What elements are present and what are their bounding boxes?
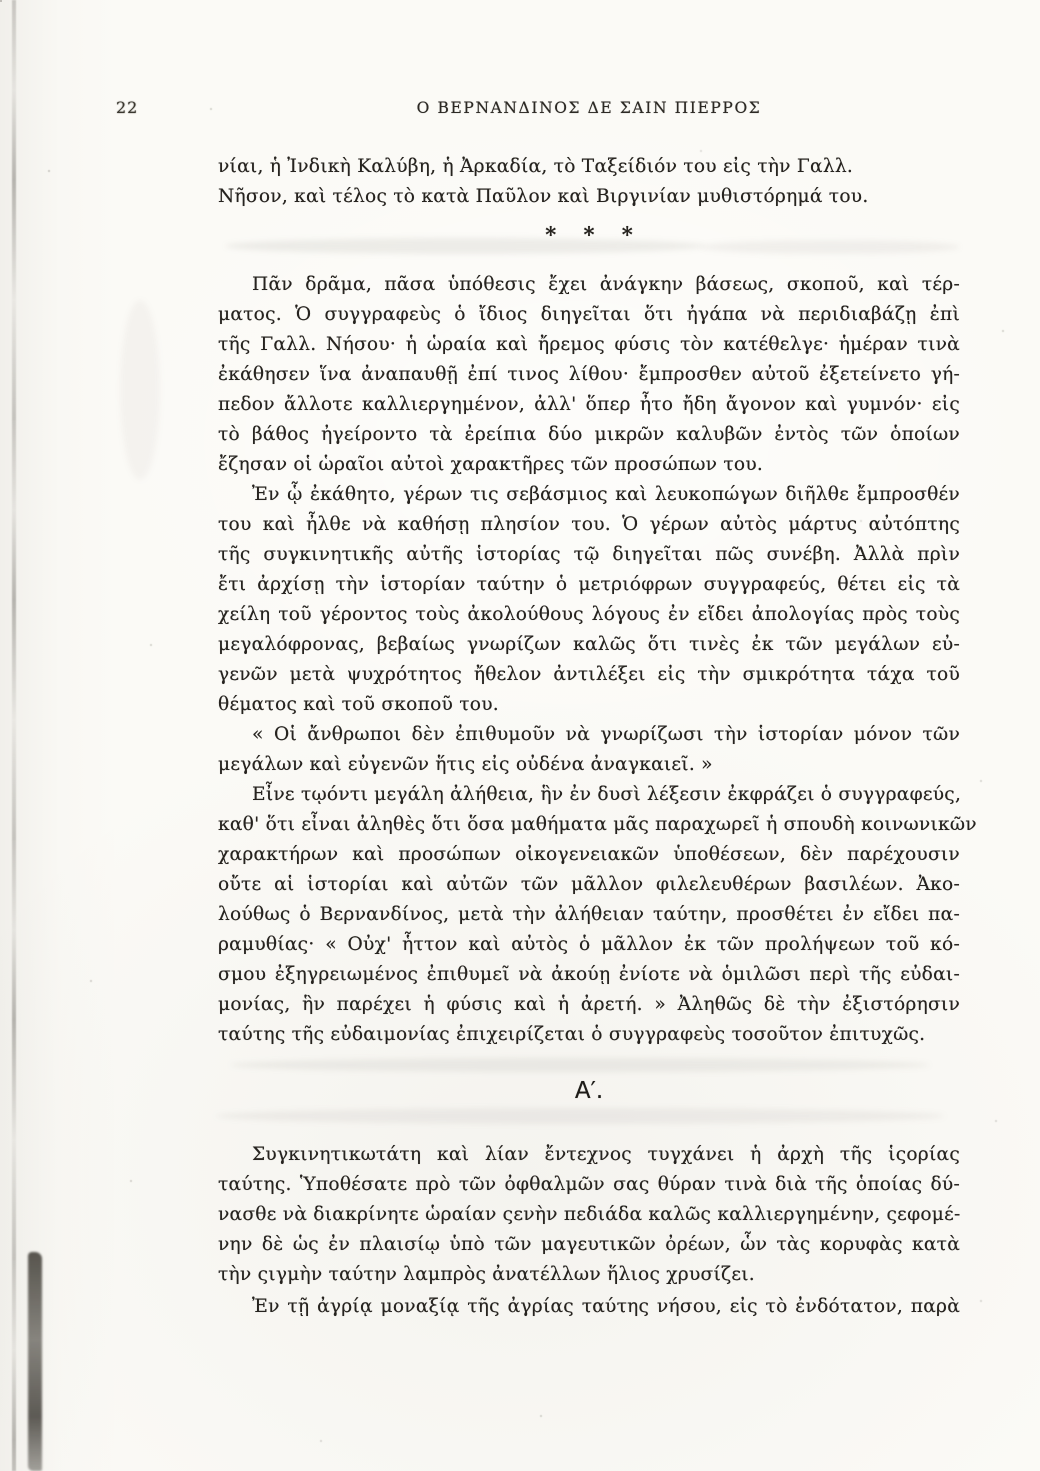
text-line: τὸ βάθος ἠγείροντο τὰ ἐρείπια δύο μικρῶν…: [218, 420, 960, 450]
print-smudge: [230, 1058, 930, 1072]
text-line: σμου ἐξηγρειωμένος ἐπιθυμεῖ νὰ ἀκούῃ ἐνί…: [218, 960, 960, 990]
text-line: μεγάλων καὶ εὐγενῶν ἥτις εἰς οὐδένα ἀναγ…: [218, 750, 960, 780]
text-line: ἔζησαν οἱ ὡραῖοι αὐτοὶ χαρακτῆρες τῶν πρ…: [218, 450, 960, 480]
text-line: πεδον ἄλλοτε καλλιεργημένον, ἀλλ' ὅπερ ἦ…: [218, 390, 960, 420]
text-line: θέματος καὶ τοῦ σκοποῦ του.: [218, 690, 960, 720]
paragraph: Εἶνε τῳόντι μεγάλη ἀλήθεια, ἣν ἐν δυσὶ λ…: [218, 780, 960, 1050]
ink-streak-artifact: [28, 1252, 42, 1471]
text-line: οὔτε αἱ ἱστορίαι καὶ αὐτῶν τῶν μᾶλλον φι…: [218, 870, 960, 900]
section-separator: * * *: [218, 222, 960, 252]
text-line: τῆς Γαλλ. Νήσου· ἡ ὡραία καὶ ἤρεμος φύσι…: [218, 330, 960, 360]
text-line: ταύτης τῆς εὐδαιμονίας ἐπιχειρίζεται ὁ σ…: [218, 1020, 960, 1050]
text-line: Ἐν ᾧ ἐκάθητο, γέρων τις σεβάσμιος καὶ λε…: [218, 480, 960, 510]
text-line: χαρακτήρων καὶ προσώπων οἰκογενειακῶν ὑπ…: [218, 840, 960, 870]
quote-paragraph: « Οἱ ἄνθρωποι δὲν ἐπιθυμοῦν νὰ γνωρίζωσι…: [218, 720, 960, 780]
running-title: Ο ΒΕΡΝΑΝΔΙΝΟΣ ΔΕ ΣΑΙΝ ΠΙΕΡΡΟΣ: [218, 99, 960, 117]
scan-edge-artifact: [12, 0, 16, 1471]
text-line: νην δὲ ὡς ἐν πλαισίῳ ὑπὸ τῶν μαγευτικῶν …: [218, 1230, 960, 1260]
text-line: Ἐν τῇ ἀγρίᾳ μοναξίᾳ τῆς ἀγρίας ταύτης νή…: [218, 1292, 960, 1322]
text-line: Νῆσον, καὶ τέλος τὸ κατὰ Παῦλον καὶ Βιργ…: [218, 182, 960, 212]
text-line: τὴν ςιγμὴν ταύτην λαμπρὸς ἀνατέλλων ἥλιο…: [218, 1260, 960, 1290]
section-heading: Α′.: [218, 1074, 960, 1108]
paragraph: Πᾶν δρᾶμα, πᾶσα ὑπόθεσις ἔχει ἀνάγκην βά…: [218, 270, 960, 480]
paragraph-continuation: νίαι, ἡ Ἰνδικὴ Καλύβη, ἡ Ἀρκαδία, τὸ Ταξ…: [218, 152, 960, 212]
print-smudge: [215, 1108, 945, 1124]
text-line: ἔτι ἀρχίσῃ τὴν ἱστορίαν ταύτην ὁ μετριόφ…: [218, 570, 960, 600]
text-line: τῆς συγκινητικῆς αὐτῆς ἱστορίας τῷ διηγε…: [218, 540, 960, 570]
book-page: 22 Ο ΒΕΡΝΑΝΔΙΝΟΣ ΔΕ ΣΑΙΝ ΠΙΕΡΡΟΣ νίαι, ἡ…: [0, 0, 1040, 1471]
text-line: Συγκινητικωτάτη καὶ λίαν ἔντεχνος τυγχάν…: [218, 1140, 960, 1170]
page-number: 22: [116, 98, 138, 117]
paragraph: Συγκινητικωτάτη καὶ λίαν ἔντεχνος τυγχάν…: [218, 1140, 960, 1290]
text-line: ματος. Ὁ συγγραφεὺς ὁ ἴδιος διηγεῖται ὅτ…: [218, 300, 960, 330]
paper-speckles: [0, 0, 2, 2]
print-smudge: [120, 300, 160, 480]
text-line: γενῶν μετὰ ψυχρότητος ἤθελον ἀντιλέξει ε…: [218, 660, 960, 690]
text-line: Εἶνε τῳόντι μεγάλη ἀλήθεια, ἣν ἐν δυσὶ λ…: [218, 780, 960, 810]
text-line: ταύτης. Ὑποθέσατε πρὸ τῶν ὀφθαλμῶν σας θ…: [218, 1170, 960, 1200]
paragraph: Ἐν ᾧ ἐκάθητο, γέρων τις σεβάσμιος καὶ λε…: [218, 480, 960, 720]
text-line: μεγαλόφρονας, βεβαίως γνωρίζων καλῶς ὅτι…: [218, 630, 960, 660]
text-line: χείλη τοῦ γέροντος τοὺς ἀκολούθους λόγου…: [218, 600, 960, 630]
text-line: ραμυθίας· « Οὐχ' ἧττον καὶ αὐτὸς ὁ μᾶλλο…: [218, 930, 960, 960]
text-line: Πᾶν δρᾶμα, πᾶσα ὑπόθεσις ἔχει ἀνάγκην βά…: [218, 270, 960, 300]
text-line: του καὶ ἦλθε νὰ καθήσῃ πλησίον του. Ὁ γέ…: [218, 510, 960, 540]
text-line: καθ' ὅτι εἶναι ἀληθὲς ὅτι ὅσα μαθήματα μ…: [218, 810, 960, 840]
text-line: μονίας, ἣν παρέχει ἡ φύσις καὶ ἡ ἀρετή. …: [218, 990, 960, 1020]
text-line: νασθε νὰ διακρίνητε ὡραίαν ςενὴν πεδιάδα…: [218, 1200, 960, 1230]
text-line: « Οἱ ἄνθρωποι δὲν ἐπιθυμοῦν νὰ γνωρίζωσι…: [218, 720, 960, 750]
text-line: ἐκάθησεν ἵνα ἀναπαυθῇ ἐπί τινος λίθου· ἔ…: [218, 360, 960, 390]
text-line: λούθως ὁ Βερνανδίνος, μετὰ τὴν ἀλήθειαν …: [218, 900, 960, 930]
text-line: νίαι, ἡ Ἰνδικὴ Καλύβη, ἡ Ἀρκαδία, τὸ Ταξ…: [218, 152, 960, 182]
paragraph: Ἐν τῇ ἀγρίᾳ μοναξίᾳ τῆς ἀγρίας ταύτης νή…: [218, 1292, 960, 1322]
